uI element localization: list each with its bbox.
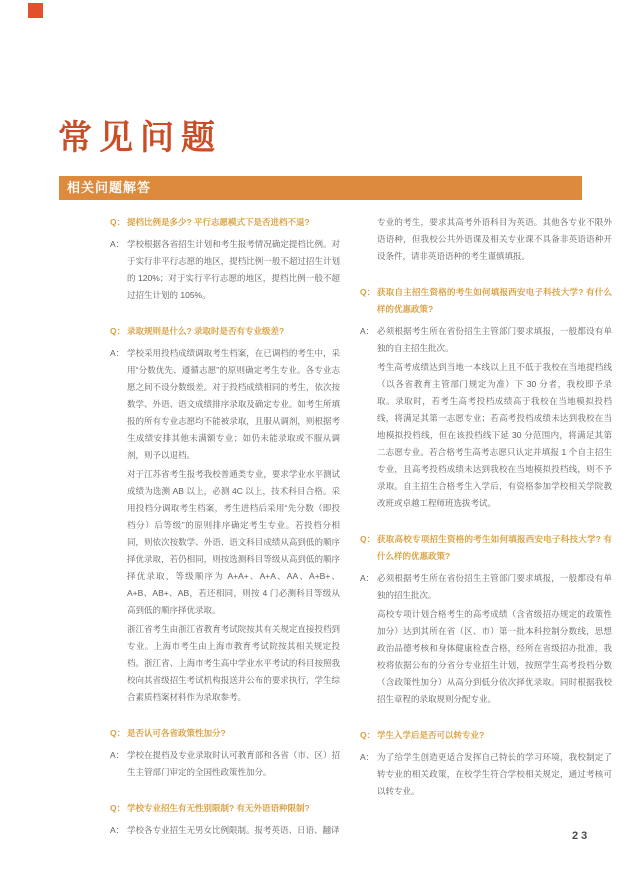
answer-block: A：学校采用投档成绩调取考生档案，在已调档的考生中，采用“分数优先、遵循志愿”的… bbox=[110, 345, 340, 464]
answer-text: 考生高考成绩达到当地一本线以上且不低于我校在当地提档线（以各省教育主管部门规定为… bbox=[377, 362, 612, 508]
answer-block: 考生高考成绩达到当地一本线以上且不低于我校在当地提档线（以各省教育主管部门规定为… bbox=[360, 359, 612, 512]
qa-marker: Q： bbox=[110, 800, 125, 817]
qa-marker: A： bbox=[110, 747, 124, 764]
answer-text: 为了给学生创造更适合发挥自己特长的学习环境，我校制定了转专业的相关政策，在校学生… bbox=[377, 752, 612, 796]
answer-block: 高校专项计划合格考生的高考成绩（含省级招办规定的政策性加分）达到其所在省（区、市… bbox=[360, 606, 612, 708]
answer-text: 必须根据考生所在省份招生主管部门要求填报，一般都设有单独的自主招生批次。 bbox=[377, 326, 612, 353]
qa-marker: A： bbox=[360, 749, 374, 766]
answer-text: 学校根据各省招生计划和考生报考情况确定提档比例。对于实行非平行志愿的地区，提档比… bbox=[127, 239, 340, 300]
answer-block: A：必须根据考生所在省份招生主管部门要求填报，一般都设有单独的自主招生批次。 bbox=[360, 323, 612, 357]
question-text: 学校专业招生有无性别限制? 有无外语语种限制? bbox=[127, 803, 310, 813]
qa-marker: Q： bbox=[110, 323, 125, 340]
qa-marker: Q： bbox=[360, 531, 375, 548]
qa-marker: Q： bbox=[110, 214, 125, 231]
answer-text: 浙江省考生由浙江省教育考试院按其有关规定直接投档到专业。上海市考生由上海市教育考… bbox=[127, 624, 340, 702]
answer-text: 对于江苏省考生报考我校普通类专业，要求学业水平测试成绩为选测 AB 以上，必测 … bbox=[127, 469, 340, 615]
question-block: Q：学生入学后是否可以转专业? bbox=[360, 727, 612, 744]
question-block: Q：是否认可各省政策性加分? bbox=[110, 725, 340, 742]
answer-block: A：学校根据各省招生计划和考生报考情况确定提档比例。对于实行非平行志愿的地区，提… bbox=[110, 236, 340, 304]
question-text: 获取高校专项招生资格的考生如何填报西安电子科技大学? 有什么样的优惠政策? bbox=[377, 534, 612, 561]
question-block: Q：获取高校专项招生资格的考生如何填报西安电子科技大学? 有什么样的优惠政策? bbox=[360, 531, 612, 565]
qa-marker: Q： bbox=[110, 725, 125, 742]
answer-block: 对于江苏省考生报考我校普通类专业，要求学业水平测试成绩为选测 AB 以上，必测 … bbox=[110, 466, 340, 619]
answer-block: A：学校在提档及专业录取时认可教育部和各省（市、区）招生主管部门审定的全国性政策… bbox=[110, 747, 340, 781]
answer-block: A：必须根据考生所在省份招生主管部门要求填报，一般都设有单独的招生批次。 bbox=[360, 570, 612, 604]
answer-block: 浙江省考生由浙江省教育考试院按其有关规定直接投档到专业。上海市考生由上海市教育考… bbox=[110, 621, 340, 706]
answer-block: 专业的考生，要求其高考外语科目为英语。其他各专业不限外语语种，但我校公共外语课及… bbox=[360, 214, 612, 265]
qa-content: Q：提档比例是多少? 平行志愿模式下是否进档不退?A：学校根据各省招生计划和考生… bbox=[110, 214, 612, 839]
qa-marker: A： bbox=[110, 236, 124, 253]
qa-marker: Q： bbox=[360, 727, 375, 744]
question-block: Q：录取规则是什么? 录取时是否有专业级差? bbox=[110, 323, 340, 340]
qa-marker: A： bbox=[360, 570, 374, 587]
right-column: 专业的考生，要求其高考外语科目为英语。其他各专业不限外语语种，但我校公共外语课及… bbox=[360, 214, 612, 839]
question-text: 录取规则是什么? 录取时是否有专业级差? bbox=[127, 326, 284, 336]
section-banner: 相关问题解答 bbox=[59, 176, 582, 200]
answer-block: A：为了给学生创造更适合发挥自己特长的学习环境，我校制定了转专业的相关政策，在校… bbox=[360, 749, 612, 800]
question-text: 提档比例是多少? 平行志愿模式下是否进档不退? bbox=[127, 217, 310, 227]
answer-block: A：学校各专业招生无男女比例限制。报考英语、日语、翻译 bbox=[110, 822, 340, 839]
answer-text: 必须根据考生所在省份招生主管部门要求填报，一般都设有单独的招生批次。 bbox=[377, 573, 612, 600]
question-block: Q：学校专业招生有无性别限制? 有无外语语种限制? bbox=[110, 800, 340, 817]
qa-marker: A： bbox=[110, 345, 124, 362]
answer-text: 学校采用投档成绩调取考生档案，在已调档的考生中，采用“分数优先、遵循志愿”的原则… bbox=[127, 348, 340, 460]
document-page: 常见问题 相关问题解答 Q：提档比例是多少? 平行志愿模式下是否进档不退?A：学… bbox=[0, 0, 640, 869]
answer-text: 学校在提档及专业录取时认可教育部和各省（市、区）招生主管部门审定的全国性政策性加… bbox=[127, 750, 340, 777]
corner-square-decoration bbox=[28, 3, 43, 18]
question-block: Q：提档比例是多少? 平行志愿模式下是否进档不退? bbox=[110, 214, 340, 231]
question-block: Q：获取自主招生资格的考生如何填报西安电子科技大学? 有什么样的优惠政策? bbox=[360, 284, 612, 318]
page-title: 常见问题 bbox=[58, 118, 222, 159]
answer-text: 专业的考生，要求其高考外语科目为英语。其他各专业不限外语语种，但我校公共外语课及… bbox=[377, 217, 612, 261]
question-text: 获取自主招生资格的考生如何填报西安电子科技大学? 有什么样的优惠政策? bbox=[377, 287, 612, 314]
left-column: Q：提档比例是多少? 平行志愿模式下是否进档不退?A：学校根据各省招生计划和考生… bbox=[110, 214, 340, 839]
qa-marker: A： bbox=[110, 822, 124, 839]
page-number: 23 bbox=[572, 830, 590, 842]
question-text: 是否认可各省政策性加分? bbox=[127, 728, 226, 738]
section-banner-label: 相关问题解答 bbox=[59, 176, 582, 200]
question-text: 学生入学后是否可以转专业? bbox=[377, 730, 484, 740]
answer-text: 高校专项计划合格考生的高考成绩（含省级招办规定的政策性加分）达到其所在省（区、市… bbox=[377, 609, 612, 704]
answer-text: 学校各专业招生无男女比例限制。报考英语、日语、翻译 bbox=[127, 825, 340, 835]
qa-marker: Q： bbox=[360, 284, 375, 301]
qa-marker: A： bbox=[360, 323, 374, 340]
